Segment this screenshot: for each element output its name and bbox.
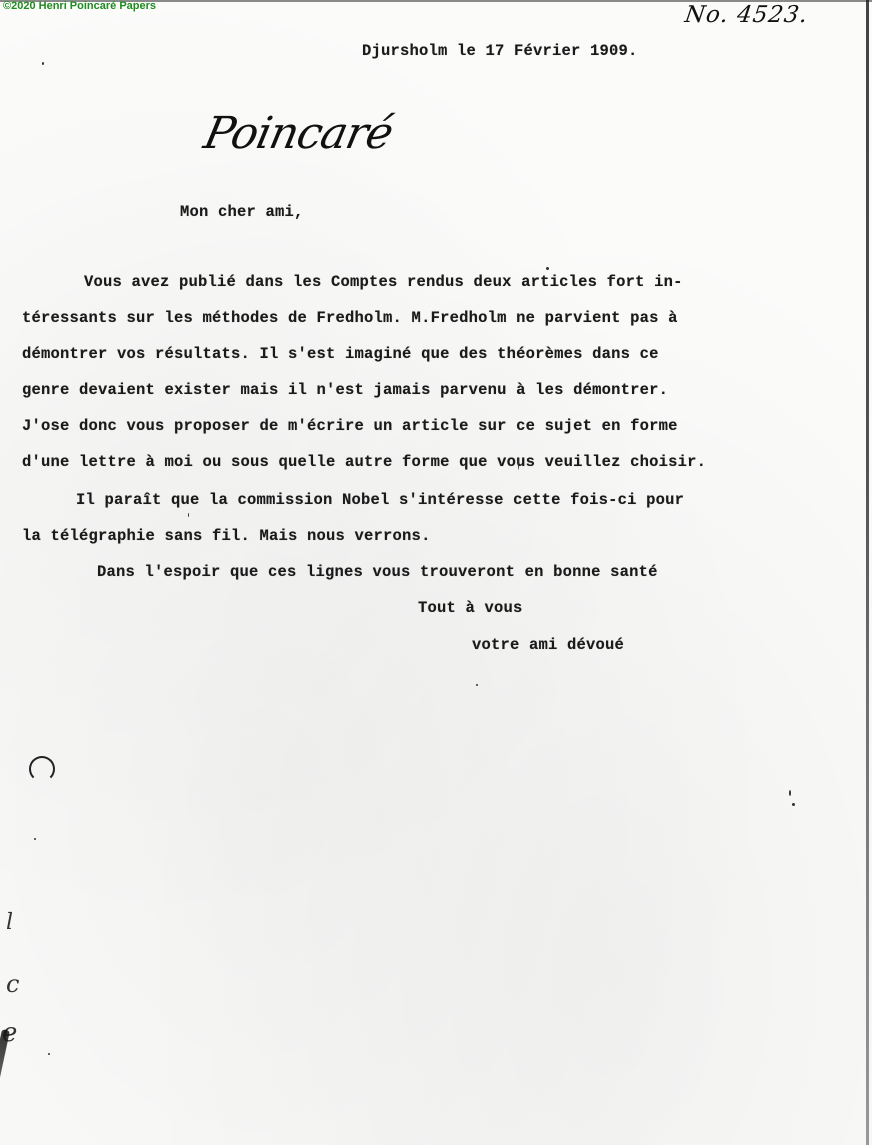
- body-line-5: J'ose donc vous proposer de m'écrire un …: [22, 417, 678, 435]
- closing-line-1: Tout à vous: [418, 599, 523, 617]
- speck: [476, 684, 478, 686]
- body-line-4: genre devaient exister mais il n'est jam…: [22, 381, 668, 399]
- speck: [34, 838, 36, 840]
- body-line-6: d'une lettre à moi ou sous quelle autre …: [22, 453, 706, 471]
- recipient-handwritten: Poincaré: [200, 108, 398, 159]
- archive-number: No. 4523.: [683, 2, 810, 28]
- hole-punch-mark: [29, 756, 55, 782]
- closing-line-2: votre ami dévoué: [472, 636, 624, 654]
- salutation: Mon cher ami,: [180, 203, 304, 221]
- speck: [188, 513, 189, 517]
- body-line-9: Dans l'espoir que ces lignes vous trouve…: [97, 563, 658, 581]
- speck: [546, 267, 549, 270]
- copyright-watermark: ©2020 Henri Poincaré Papers: [3, 0, 156, 12]
- margin-mark-2: c: [6, 970, 19, 998]
- speck: [48, 1053, 50, 1055]
- body-line-2: téressants sur les méthodes de Fredholm.…: [22, 309, 678, 327]
- speck: [42, 62, 44, 65]
- speck: [518, 458, 519, 470]
- body-line-1: Vous avez publié dans les Comptes rendus…: [84, 273, 683, 291]
- scanned-letter-page: ©2020 Henri Poincaré Papers No. 4523. Dj…: [0, 0, 872, 1145]
- body-line-3: démontrer vos résultats. Il s'est imagin…: [22, 345, 659, 363]
- speck: [792, 803, 795, 806]
- body-line-8: la télégraphie sans fil. Mais nous verro…: [22, 527, 431, 545]
- body-line-7: Il paraît que la commission Nobel s'inté…: [76, 491, 684, 509]
- paper-right-edge: [866, 0, 869, 1145]
- margin-mark-1: l: [6, 910, 13, 935]
- place-date: Djursholm le 17 Février 1909.: [362, 42, 638, 60]
- speck: [789, 790, 791, 796]
